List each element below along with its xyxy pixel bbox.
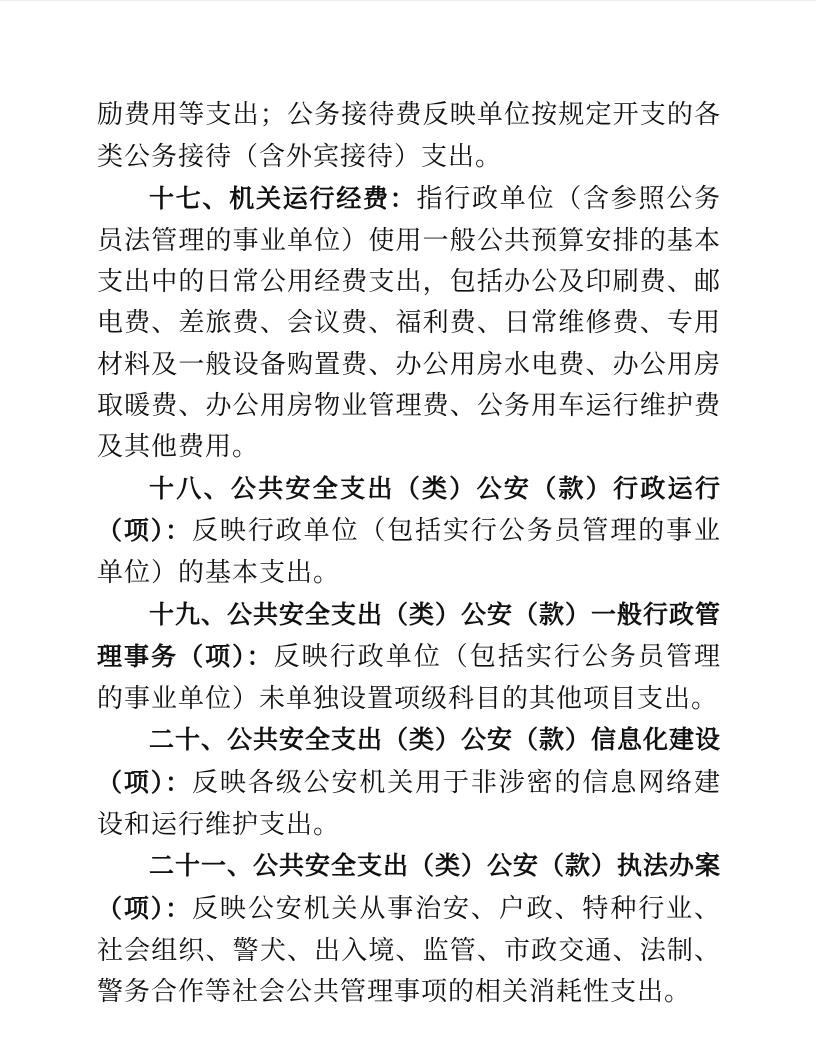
document-page: 励费用等支出；公务接待费反映单位按规定开支的各类公务接待（含外宾接待）支出。 十… [0, 0, 816, 1056]
document-text: 励费用等支出；公务接待费反映单位按规定开支的各类公务接待（含外宾接待）支出。 十… [97, 94, 721, 1013]
paragraph-item-19: 十九、公共安全支出（类）公安（款）一般行政管理事务（项）：反映行政单位（包括实行… [97, 594, 721, 720]
paragraph-continuation: 励费用等支出；公务接待费反映单位按规定开支的各类公务接待（含外宾接待）支出。 [97, 94, 721, 178]
paragraph-item-21: 二十一、公共安全支出（类）公安（款）执法办案（项）：反映公安机关从事治安、户政、… [97, 845, 721, 1012]
paragraph-lead: 十七、机关运行经费： [149, 185, 417, 213]
paragraph-item-20: 二十、公共安全支出（类）公安（款）信息化建设（项）：反映各级公安机关用于非涉密的… [97, 719, 721, 845]
paragraph-body: 励费用等支出；公务接待费反映单位按规定开支的各类公务接待（含外宾接待）支出。 [97, 100, 721, 171]
paragraph-item-18: 十八、公共安全支出（类）公安（款）行政运行（项）：反映行政单位（包括实行公务员管… [97, 468, 721, 594]
paragraph-item-17: 十七、机关运行经费：指行政单位（含参照公务员法管理的事业单位）使用一般公共预算安… [97, 178, 721, 468]
paragraph-body: 指行政单位（含参照公务员法管理的事业单位）使用一般公共预算安排的基本支出中的日常… [97, 184, 721, 462]
